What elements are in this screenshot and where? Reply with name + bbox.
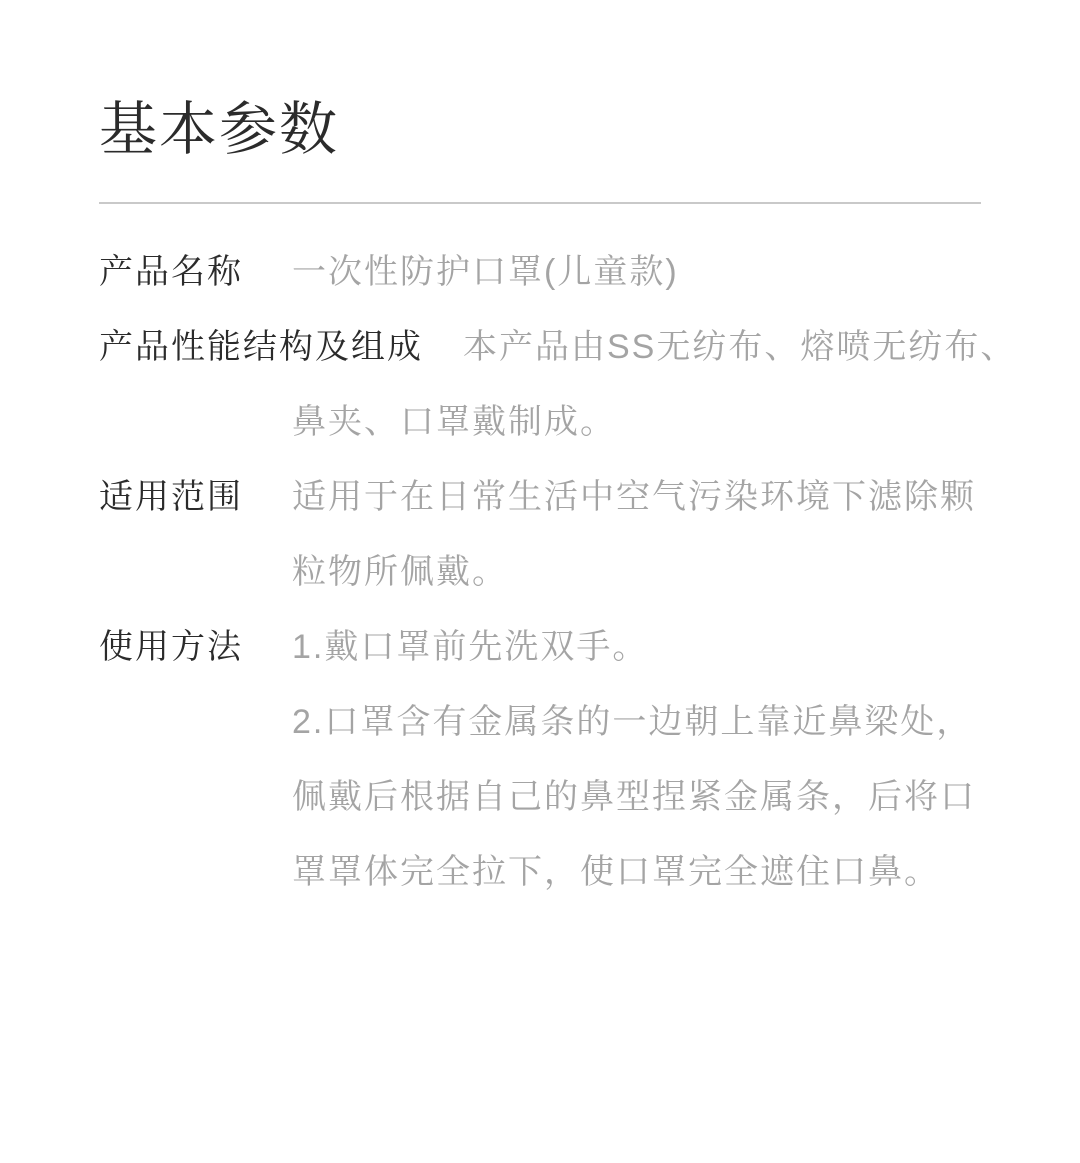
row-label: 使用方法 [99,610,292,685]
spec-table: 产品名称一次性防护口罩(儿童款)产品性能结构及组成本产品由SS无纺布、熔喷无纺布… [99,235,981,910]
spec-row: 使用方法1.戴口罩前先洗双手。2.口罩含有金属条的一边朝上靠近鼻梁处，佩戴后根据… [99,610,981,910]
row-label: 产品性能结构及组成 [99,310,463,385]
section-divider [99,202,981,204]
row-value: 一次性防护口罩(儿童款) [292,253,679,291]
row-value: 适用于在日常生活中空气污染环境下滤除颗粒物所佩戴。 [292,478,976,591]
row-label: 适用范围 [99,460,292,535]
spec-row: 产品性能结构及组成本产品由SS无纺布、熔喷无纺布、鼻夹、口罩戴制成。 [99,310,981,460]
page-title: 基本参数 [99,0,981,163]
row-label: 产品名称 [99,235,292,310]
spec-row: 适用范围适用于在日常生活中空气污染环境下滤除颗粒物所佩戴。 [99,460,981,610]
product-spec-section: 基本参数 产品名称一次性防护口罩(儿童款)产品性能结构及组成本产品由SS无纺布、… [0,0,1080,1163]
row-value: 1.戴口罩前先洗双手。2.口罩含有金属条的一边朝上靠近鼻梁处，佩戴后根据自己的鼻… [292,628,976,891]
spec-row: 产品名称一次性防护口罩(儿童款) [99,235,981,310]
